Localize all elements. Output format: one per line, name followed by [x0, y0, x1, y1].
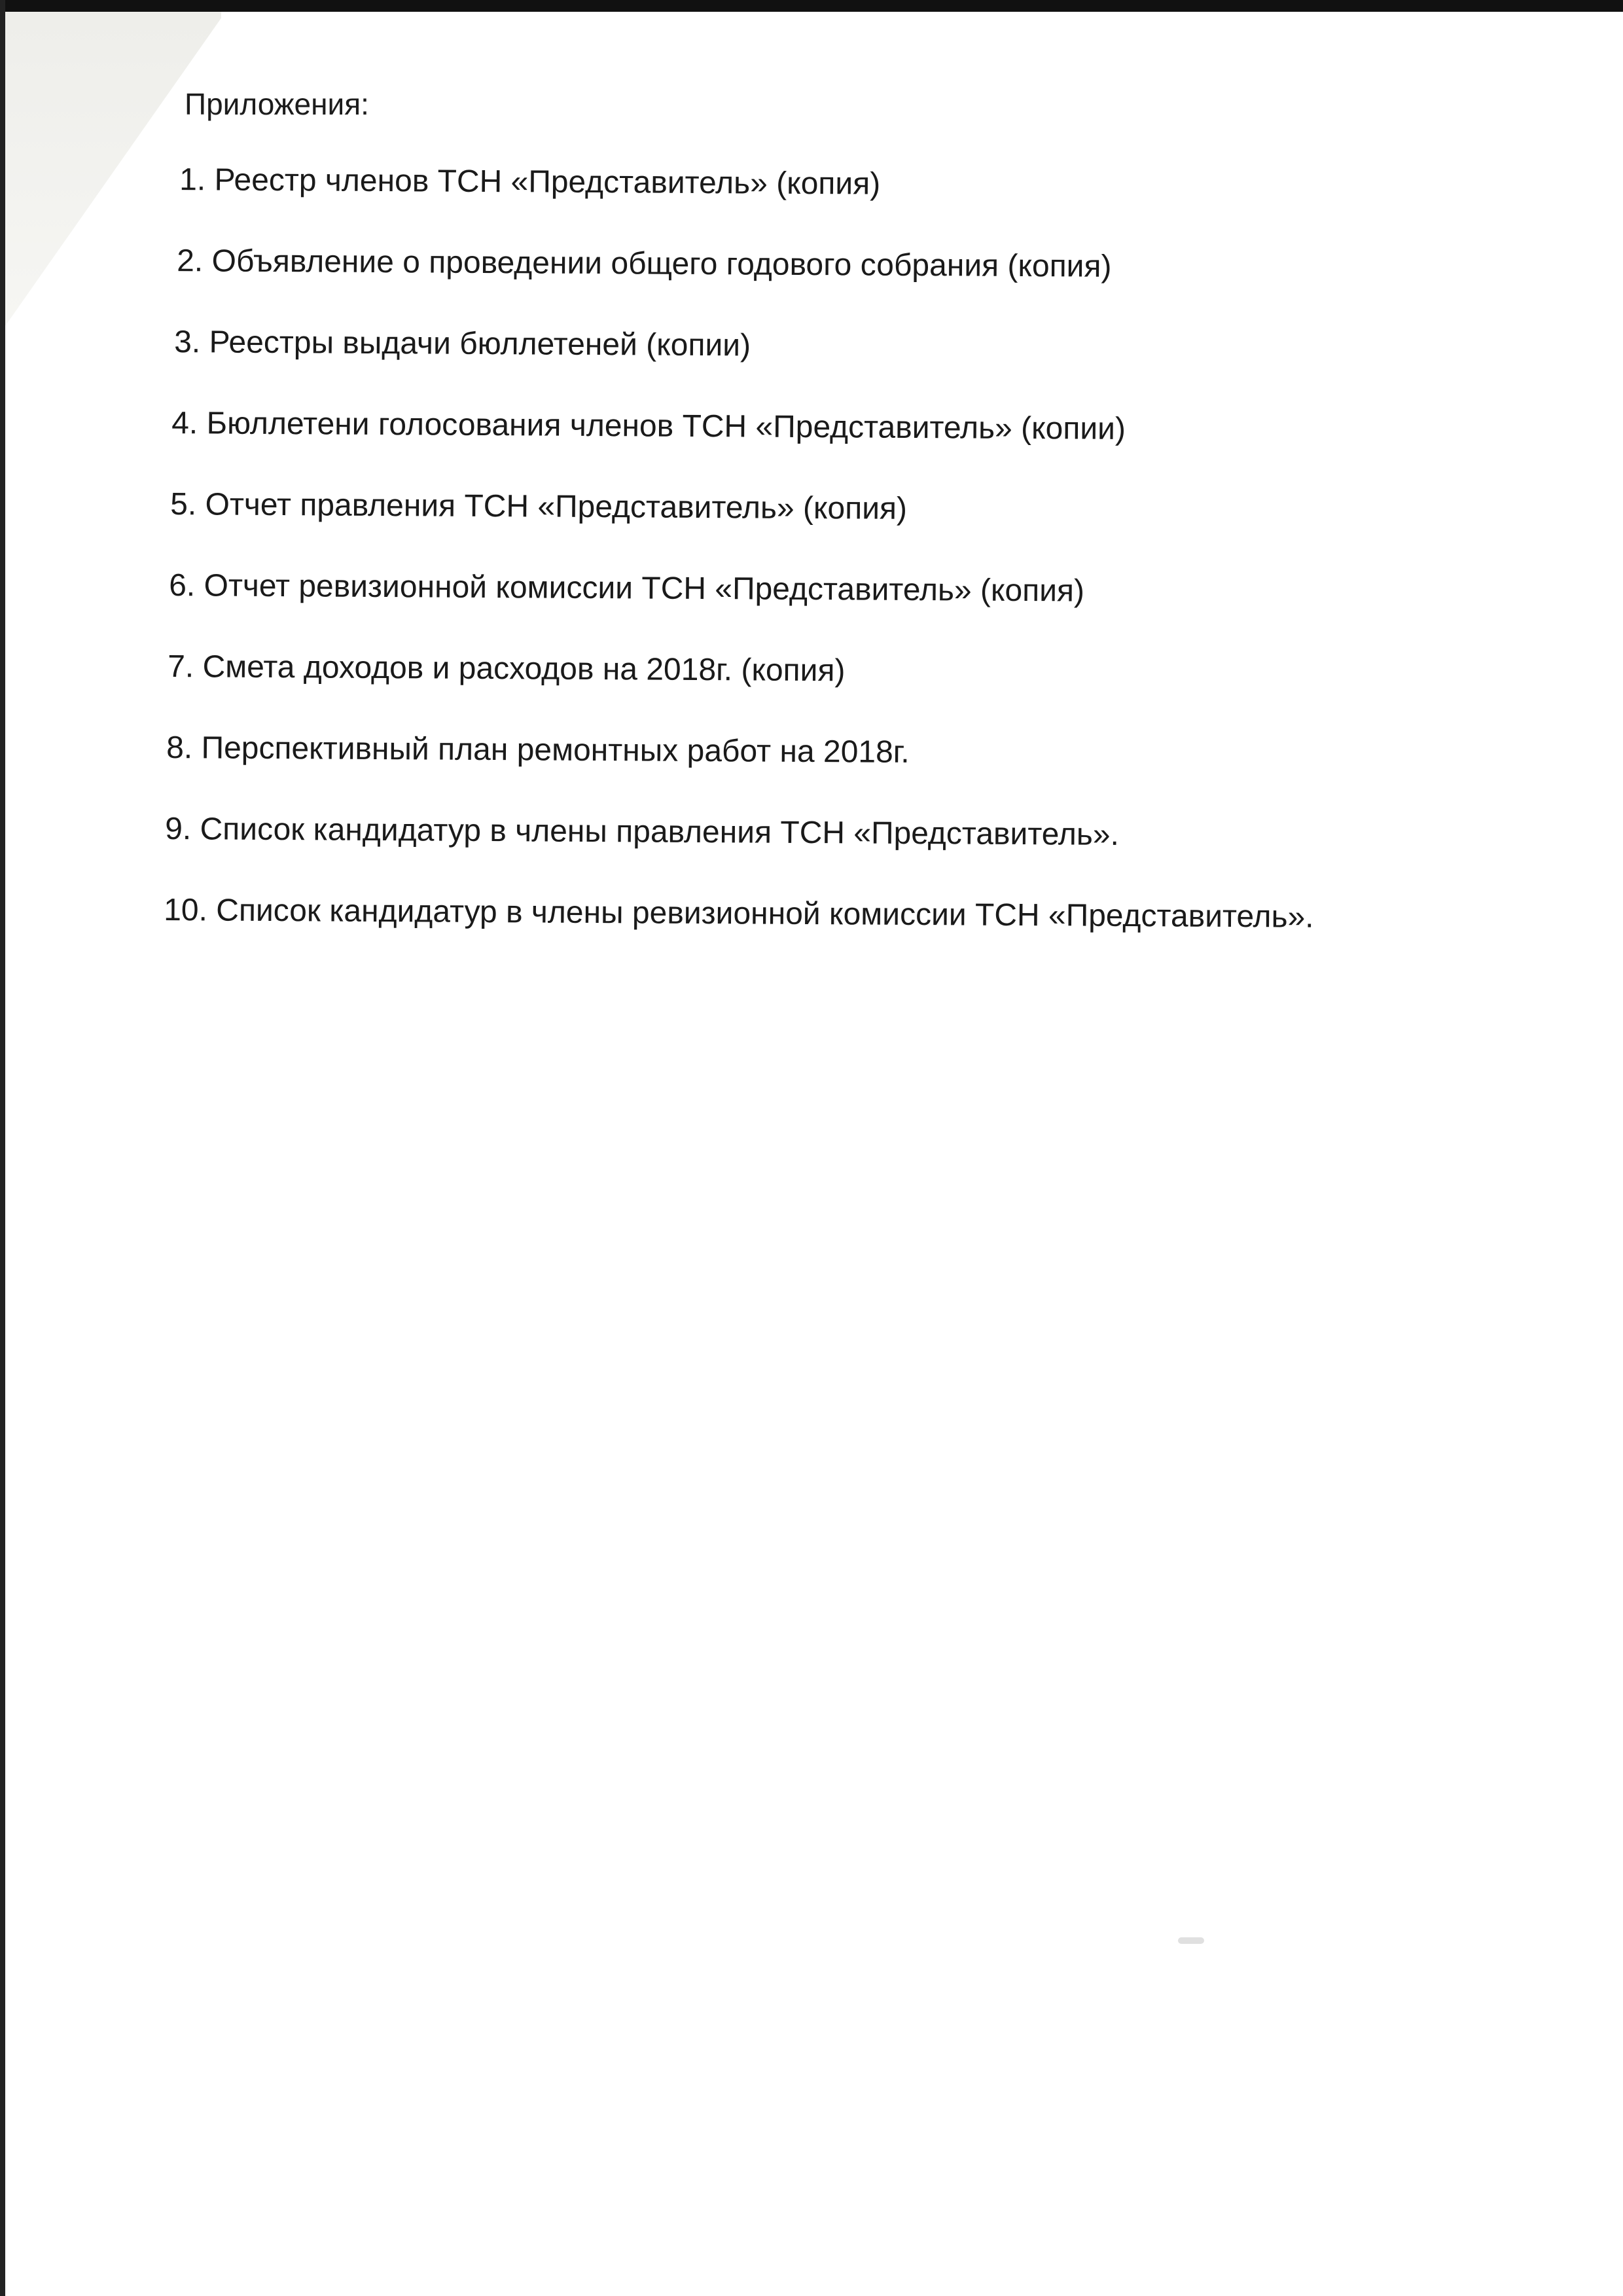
list-item: 7. Смета доходов и расходов на 2018г. (к… — [164, 647, 1314, 736]
list-item: 4. Бюллетени голосования членов ТСН «Пре… — [164, 404, 1314, 492]
appendices-heading: Приложения: — [185, 86, 369, 122]
item-number: 6. — [169, 566, 195, 605]
item-text: Реестры выдачи бюллетеней (копии) — [209, 325, 751, 363]
item-number: 5. — [170, 485, 196, 524]
item-text: Смета доходов и расходов на 2018г. (копи… — [202, 649, 845, 688]
document-page: Приложения: 1. Реестр членов ТСН «Предст… — [0, 0, 1623, 2296]
item-number: 7. — [168, 647, 194, 687]
appendices-list: 1. Реестр членов ТСН «Представитель» (ко… — [164, 160, 1313, 972]
item-text: Бюллетени голосования членов ТСН «Предст… — [206, 406, 1126, 446]
list-item: 8. Перспективный план ремонтных работ на… — [164, 728, 1314, 817]
list-item: 9. Список кандидатур в члены правления Т… — [164, 810, 1314, 898]
item-number: 2. — [177, 242, 203, 281]
list-item: 6. Отчет ревизионной комиссии ТСН «Предс… — [164, 566, 1314, 655]
item-number: 4. — [171, 404, 198, 443]
item-number: 3. — [174, 323, 200, 362]
item-number: 8. — [166, 728, 192, 768]
scan-smudge — [1178, 1937, 1204, 1944]
item-text: Отчет правления ТСН «Представитель» (коп… — [205, 487, 907, 526]
item-text: Список кандидатур в члены ревизионной ко… — [216, 893, 1314, 934]
list-item: 5. Отчет правления ТСН «Представитель» (… — [164, 485, 1314, 573]
item-number: 1. — [179, 160, 205, 200]
list-item: 2. Объявление о проведении общего годово… — [164, 242, 1314, 330]
item-text: Реестр членов ТСН «Представитель» (копия… — [214, 162, 880, 201]
item-text: Перспективный план ремонтных работ на 20… — [201, 730, 909, 770]
item-text: Список кандидатур в члены правления ТСН … — [200, 812, 1119, 852]
list-item: 3. Реестры выдачи бюллетеней (копии) — [164, 323, 1314, 411]
item-number: 10. — [164, 891, 207, 930]
item-text: Отчет ревизионной комиссии ТСН «Представ… — [204, 568, 1084, 608]
item-number: 9. — [165, 810, 191, 849]
item-text: Объявление о проведении общего годового … — [211, 243, 1111, 283]
list-item: 10. Список кандидатур в члены ревизионно… — [164, 891, 1314, 979]
list-item: 1. Реестр членов ТСН «Представитель» (ко… — [164, 160, 1314, 249]
